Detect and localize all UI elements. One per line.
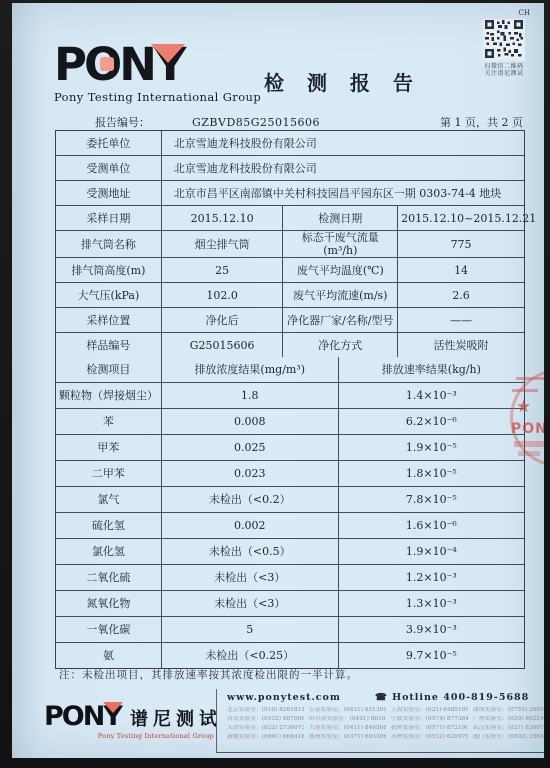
results-header-row: 检测项目 排放浓度结果(mg/m³) 排放速率结果(kg/h): [56, 357, 524, 383]
result-concentration: 未检出（<0.5）: [161, 539, 338, 565]
row-label-1: 采样日期: [56, 206, 161, 231]
table-row: 氯化氢 未检出（<0.5） 1.9×10⁻⁴: [56, 539, 524, 565]
pony-logo-o-square-icon: [100, 57, 114, 71]
row-value: 北京雪迪龙科技股份有限公司: [161, 156, 524, 181]
qr-block: CH 扫微信二维码 关: [476, 9, 532, 77]
lab-phone-entry: 武汉实验室：(027) 83997127: [473, 725, 544, 732]
result-rate: 1.9×10⁻⁵: [338, 435, 524, 461]
red-seal: ★ PON: [510, 355, 544, 471]
result-item: 一氧化碳: [56, 617, 161, 643]
row-value-1: G25015606: [161, 333, 283, 358]
row-value-2: 活性炭吸附: [398, 333, 524, 358]
row-label-2: 净化方式: [283, 333, 398, 358]
row-label-2: 标态干废气流量(m³/h): [283, 231, 398, 258]
footer-logo-subtitle: Pony Testing International Group: [44, 732, 214, 740]
seal-decoration: [514, 441, 544, 447]
table-row: 采样日期 2015.12.10 检测日期 2015.12.10~2015.12.…: [56, 206, 524, 231]
row-value: 北京雪迪龙科技股份有限公司: [161, 131, 524, 156]
lab-phone-entry: 大连实验室：(0411) 84650828: [309, 725, 386, 732]
lab-phone-entry: 深圳实验室：(0755) 26050909: [473, 707, 544, 714]
result-rate: 9.7×10⁻⁵: [338, 643, 524, 669]
result-concentration: 未检出（<3）: [161, 591, 338, 617]
results-header-concentration: 排放浓度结果(mg/m³): [161, 357, 338, 383]
seal-decoration: [512, 389, 538, 392]
qr-code-image: [485, 20, 523, 58]
info-full-rows: 委托单位 北京雪迪龙科技股份有限公司 受测单位 北京雪迪龙科技股份有限公司 受测…: [56, 131, 524, 206]
table-row: 氯气 未检出（<0.2） 7.8×10⁻⁵: [56, 487, 524, 513]
phone-icon: ☎: [375, 692, 388, 703]
pony-logo-subtitle: Pony Testing International Group: [54, 90, 284, 104]
result-rate: 1.2×10⁻³: [338, 565, 524, 591]
result-concentration: 0.023: [161, 461, 338, 487]
qr-caption-line2: 关注谱尼测试: [476, 70, 532, 77]
hotline: ☎ Hotline 400-819-5688: [375, 692, 529, 703]
row-value-1: 102.0: [161, 283, 283, 308]
result-rate: 1.9×10⁻⁴: [338, 539, 524, 565]
seal-decoration: [518, 451, 540, 456]
lab-phone-entry: 北京实验室：(010) 82618116: [227, 707, 304, 714]
row-label-2: 废气平均温度(℃): [283, 258, 398, 283]
row-label: 委托单位: [56, 131, 161, 156]
lab-phone-entry: 天津实验室：(022) 27360730: [227, 725, 304, 732]
table-row: 采样位置 净化后 净化器厂家/名称/型号 ——: [56, 308, 524, 333]
footer: PONY 谱尼测试 Pony Testing International Gro…: [30, 689, 544, 758]
lab-phone-entry: 宁波实验室：(0574) 87736499: [391, 716, 468, 723]
result-rate: 1.6×10⁻⁶: [338, 513, 524, 539]
results-header-item: 检测项目: [56, 357, 161, 383]
table-row: 样品编号 G25015606 净化方式 活性炭吸附: [56, 333, 524, 358]
pony-logo-triangle-icon: [151, 44, 185, 63]
row-label-1: 大气压(kPa): [56, 283, 161, 308]
table-row: 二氧化硫 未检出（<3） 1.2×10⁻³: [56, 565, 524, 591]
report-number-value: GZBVD85G25015606: [192, 116, 320, 129]
result-item: 氮氧化物: [56, 591, 161, 617]
result-item: 苯: [56, 409, 161, 435]
result-item: 二氧化硫: [56, 565, 161, 591]
info-table: 委托单位 北京雪迪龙科技股份有限公司 受测单位 北京雪迪龙科技股份有限公司 受测…: [56, 131, 524, 357]
website: www.ponytest.com: [227, 692, 341, 703]
results-header-rate: 排放速率结果(kg/h): [338, 357, 524, 383]
table-row: 一氧化碳 5 3.9×10⁻³: [56, 617, 524, 643]
result-concentration: 0.008: [161, 409, 338, 435]
row-label: 受测单位: [56, 156, 161, 181]
result-rate: 1.8×10⁻⁵: [338, 461, 524, 487]
table-row: 受测地址 北京市昌平区南邵镇中关村科技园昌平园东区一期 0303-74-4 地块: [56, 181, 524, 206]
footer-pony-triangle-icon: [103, 702, 123, 713]
row-label-2: 废气平均流速(m/s): [283, 283, 398, 308]
result-item: 氯气: [56, 487, 161, 513]
result-rate: 3.9×10⁻³: [338, 617, 524, 643]
table-row: 氨 未检出（<0.25） 9.7×10⁻⁵: [56, 643, 524, 669]
table-row: 氮氧化物 未检出（<3） 1.3×10⁻³: [56, 591, 524, 617]
result-concentration: 未检出（<0.25）: [161, 643, 338, 669]
row-label: 受测地址: [56, 181, 161, 206]
lab-phone-entry: 杭州实验室：(0571) 87219096: [391, 725, 468, 732]
row-value-1: 25: [161, 258, 283, 283]
table-row: 受测单位 北京雪迪龙科技股份有限公司: [56, 156, 524, 181]
results-table: 检测项目 排放浓度结果(mg/m³) 排放速率结果(kg/h) 颗粒物（焊接烟尘…: [56, 357, 524, 668]
results-rows: 颗粒物（焊接烟尘） 1.8 1.4×10⁻³ 苯 0.008 6.2×10⁻⁶ …: [56, 383, 524, 669]
corner-mark: CH: [476, 9, 530, 17]
info-quad-rows: 采样日期 2015.12.10 检测日期 2015.12.10~2015.12.…: [56, 206, 524, 358]
table-row: 排气筒高度(m) 25 废气平均温度(℃) 14: [56, 258, 524, 283]
footnote: 注：未检出项目，其排放速率按其浓度检出限的一半计算。: [59, 667, 358, 682]
row-value-2: 14: [398, 258, 524, 283]
table-row: 苯 0.008 6.2×10⁻⁶: [56, 409, 524, 435]
row-value-2: 2015.12.10~2015.12.21: [398, 206, 524, 231]
row-value-1: 2015.12.10: [161, 206, 283, 231]
lab-phone-entry: 上海实验室：(021) 64851999: [391, 707, 468, 714]
qr-caption-line1: 扫微信二维码: [476, 63, 532, 70]
report-number-label: 报告编号：: [95, 114, 150, 130]
row-value: 北京市昌平区南邵镇中关村科技园昌平园东区一期 0303-74-4 地块: [161, 181, 524, 206]
table-row: 硫化氢 0.002 1.6×10⁻⁶: [56, 513, 524, 539]
qr-code: [483, 19, 525, 61]
lab-phone-grid: 北京实验室：(010) 82618116 长春实验室：(0431) 851309…: [227, 707, 544, 741]
seal-letters: PON: [511, 421, 544, 437]
result-item: 氯化氢: [56, 539, 161, 565]
result-item: 氨: [56, 643, 161, 669]
row-value-2: 775: [398, 231, 524, 258]
lab-phone-entry: 郑州实验室：(0371) 69330670: [309, 734, 386, 741]
pony-logo-letters: PONY: [54, 43, 284, 87]
row-label-1: 采样位置: [56, 308, 161, 333]
result-item: 二甲苯: [56, 461, 161, 487]
result-concentration: 未检出（<3）: [161, 565, 338, 591]
row-value-2: ——: [398, 308, 524, 333]
star-icon: ★: [516, 397, 531, 417]
result-rate: 1.4×10⁻³: [338, 383, 524, 409]
table-row: 委托单位 北京雪迪龙科技股份有限公司: [56, 131, 524, 156]
table-row: 大气压(kPa) 102.0 废气平均流速(m/s) 2.6: [56, 283, 524, 308]
result-concentration: 0.002: [161, 513, 338, 539]
report-page: PONY Pony Testing International Group 检 …: [12, 3, 544, 758]
lab-phone-entry: 苏州实验室：(0512) 62997988: [391, 734, 468, 741]
result-item: 硫化氢: [56, 513, 161, 539]
row-label-1: 排气筒高度(m): [56, 258, 161, 283]
table-row: 排气筒名称 烟尘排气筒 标态干废气流量(m³/h) 775: [56, 231, 524, 258]
footer-contact-top: www.ponytest.com ☎ Hotline 400-819-5688: [227, 692, 544, 703]
result-item: 颗粒物（焊接烟尘）: [56, 383, 161, 409]
lab-phone-entry: 厦门实验室：(0592) 3568048: [473, 734, 544, 741]
report-table: 委托单位 北京雪迪龙科技股份有限公司 受测单位 北京雪迪龙科技股份有限公司 受测…: [55, 130, 525, 669]
result-rate: 6.2×10⁻⁶: [338, 409, 524, 435]
lab-phone-entry: 广州实验室：(020) 89224310: [473, 716, 544, 723]
result-rate: 7.8×10⁻⁵: [338, 487, 524, 513]
footer-logo: PONY 谱尼测试 Pony Testing International Gro…: [44, 701, 214, 740]
result-concentration: 1.8: [161, 383, 338, 409]
qr-caption: 扫微信二维码 关注谱尼测试: [476, 63, 532, 77]
row-value-1: 烟尘排气筒: [161, 231, 283, 258]
page-title: 检 测 报 告: [264, 67, 421, 96]
row-value-1: 净化后: [161, 308, 283, 333]
lab-phone-entry: 青岛实验室：(0532) 88706866: [227, 716, 304, 723]
page-count: 第 1 页，共 2 页: [440, 114, 523, 130]
result-rate: 1.3×10⁻³: [338, 591, 524, 617]
pony-logo: PONY Pony Testing International Group: [54, 43, 284, 104]
lab-phone-entry: 新疆实验室：(0991) 6684186: [227, 734, 304, 741]
result-item: 甲苯: [56, 435, 161, 461]
row-label-1: 样品编号: [56, 333, 161, 358]
footer-contact-block: www.ponytest.com ☎ Hotline 400-819-5688 …: [216, 689, 544, 753]
report-number-line: 报告编号： GZBVD85G25015606 第 1 页，共 2 页: [55, 114, 523, 130]
table-row: 二甲苯 0.023 1.8×10⁻⁵: [56, 461, 524, 487]
row-label-2: 检测日期: [283, 206, 398, 231]
result-concentration: 0.025: [161, 435, 338, 461]
seal-decoration: [516, 377, 544, 380]
footer-pony-chinese: 谱尼测试: [130, 709, 222, 730]
lab-phone-entry: 哈尔滨实验室：(0451) 88104561: [309, 716, 386, 723]
lab-phone-entry: 长春实验室：(0431) 85130908: [309, 707, 386, 714]
row-label-1: 排气筒名称: [56, 231, 161, 258]
result-concentration: 未检出（<0.2）: [161, 487, 338, 513]
table-row: 颗粒物（焊接烟尘） 1.8 1.4×10⁻³: [56, 383, 524, 409]
row-label-2: 净化器厂家/名称/型号: [283, 308, 398, 333]
row-value-2: 2.6: [398, 283, 524, 308]
result-concentration: 5: [161, 617, 338, 643]
table-row: 甲苯 0.025 1.9×10⁻⁵: [56, 435, 524, 461]
hotline-text: Hotline 400-819-5688: [392, 692, 529, 703]
